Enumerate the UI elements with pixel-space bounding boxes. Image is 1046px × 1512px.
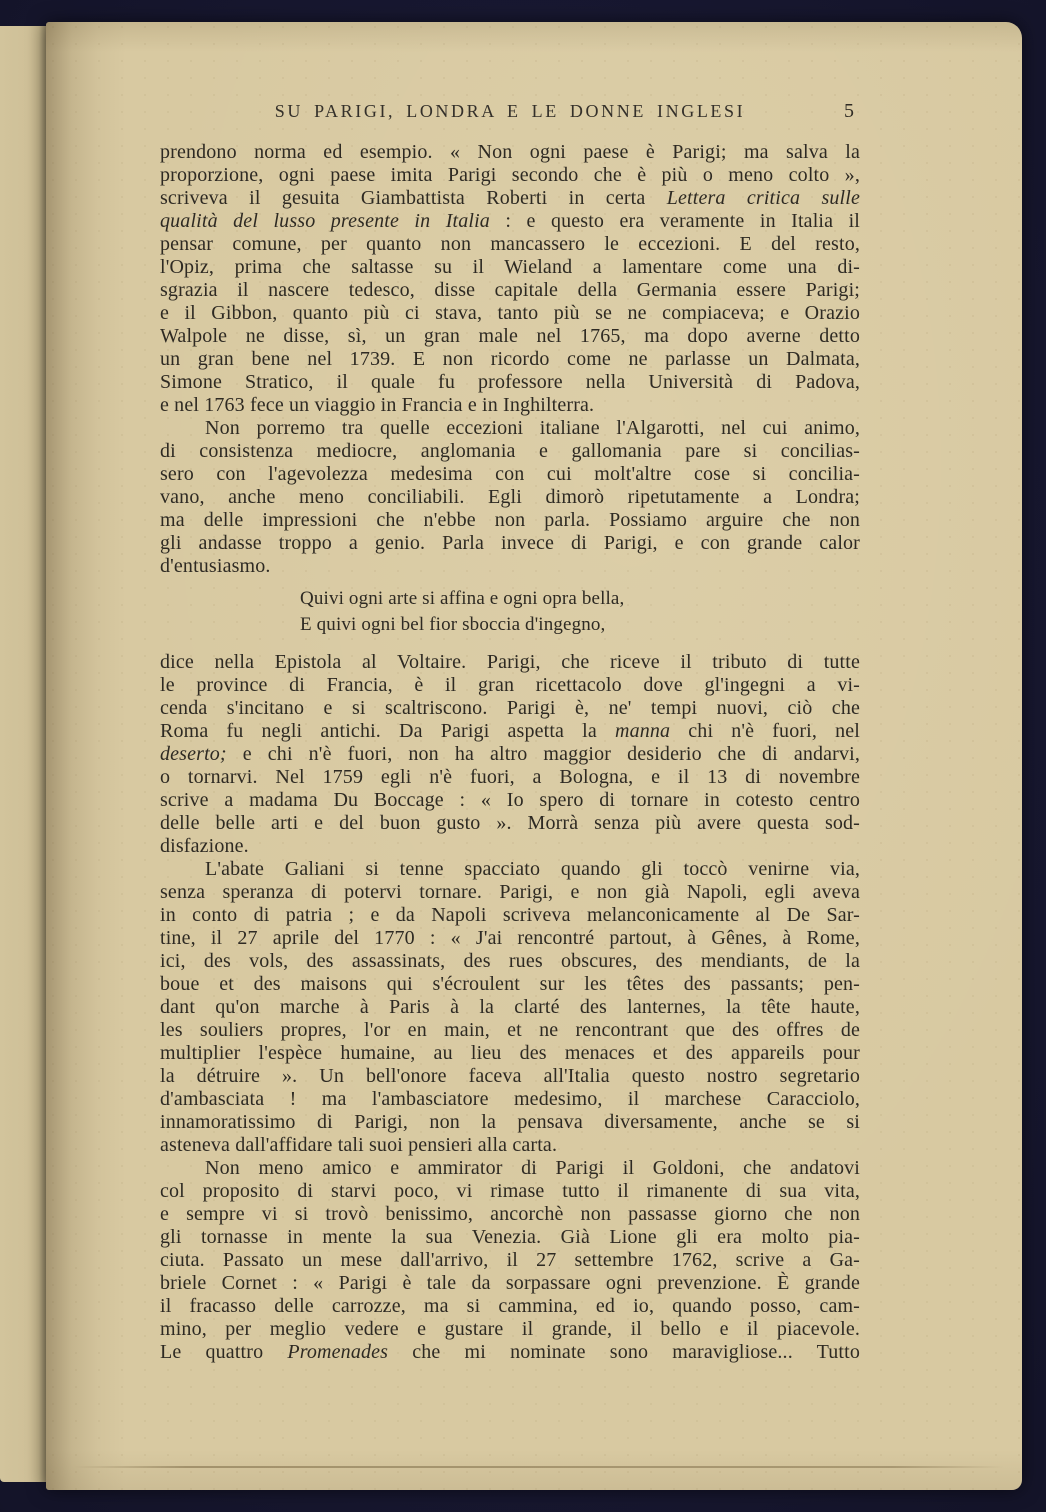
gutter-shadow: [46, 22, 126, 1490]
text-line: ma delle impressioni che n'ebbe non parl…: [160, 509, 860, 532]
text-line: o tornarvi. Nel 1759 egli n'è fuori, a B…: [160, 766, 860, 789]
verse-block: Quivi ogni arte si affina e ogni opra be…: [300, 586, 860, 638]
text-line: cenda s'incitano e si scaltriscono. Pari…: [160, 697, 860, 720]
page-header: SU PARIGI, LONDRA E LE DONNE INGLESI 5: [160, 101, 860, 129]
text-line: pensar comune, per quanto non mancassero…: [160, 233, 860, 256]
text-line: asteneva dall'affidare tali suoi pensier…: [160, 1134, 860, 1157]
text-line: L'abate Galiani si tenne spacciato quand…: [160, 858, 860, 881]
text-line: il fracasso delle carrozze, ma si cammin…: [160, 1295, 860, 1318]
text-line: le province di Francia, è il gran ricett…: [160, 674, 860, 697]
text-line: disfazione.: [160, 835, 860, 858]
text-line: Non porremo tra quelle eccezioni italian…: [160, 417, 860, 440]
text-line: col proposito di starvi poco, vi rimase …: [160, 1180, 860, 1203]
text-line: Quivi ogni arte si affina e ogni opra be…: [300, 586, 860, 612]
text-line: scrive a madama Du Boccage : « Io spero …: [160, 789, 860, 812]
text-line: d'ambasciata ! ma l'ambasciatore medesim…: [160, 1088, 860, 1111]
text-line: tine, il 27 aprile del 1770 : « J'ai ren…: [160, 927, 860, 950]
text-line: in conto di patria ; e da Napoli scrivev…: [160, 904, 860, 927]
paragraph: prendono norma ed esempio. « Non ogni pa…: [160, 141, 860, 417]
text-line: proporzione, ogni paese imita Parigi sec…: [160, 164, 860, 187]
page-number: 5: [844, 100, 854, 123]
text-line: la détruire ». Un bell'onore faceva all'…: [160, 1065, 860, 1088]
text-line: vano, anche meno conciliabili. Egli dimo…: [160, 486, 860, 509]
text-line: d'entusiasmo.: [160, 555, 860, 578]
book-photo: SU PARIGI, LONDRA E LE DONNE INGLESI 5 p…: [0, 0, 1046, 1512]
text-line: ici, des vols, des assassinats, des rues…: [160, 950, 860, 973]
running-title: SU PARIGI, LONDRA E LE DONNE INGLESI: [160, 101, 860, 122]
text-line: ciuta. Passato un mese dall'arrivo, il 2…: [160, 1249, 860, 1272]
text-line: e nel 1763 fece un viaggio in Francia e …: [160, 394, 860, 417]
text-line: di consistenza mediocre, anglomania e ga…: [160, 440, 860, 463]
paragraph: dice nella Epistola al Voltaire. Parigi,…: [160, 651, 860, 858]
text-line: sero con l'agevolezza medesima con cui m…: [160, 463, 860, 486]
text-line: E quivi ogni bel fior sboccia d'ingegno,: [300, 612, 860, 638]
paragraph: L'abate Galiani si tenne spacciato quand…: [160, 858, 860, 1157]
text-line: senza speranza di potervi tornare. Parig…: [160, 881, 860, 904]
text-line: l'Opiz, prima che saltasse su il Wieland…: [160, 256, 860, 279]
text-line: boue et des maisons qui s'écroulent sur …: [160, 973, 860, 996]
bottom-crease: [74, 1466, 1004, 1468]
text-line: gli andasse troppo a genio. Parla invece…: [160, 532, 860, 555]
text-line: gli tornasse in mente la sua Venezia. Gi…: [160, 1226, 860, 1249]
text-line: deserto; e chi n'è fuori, non ha altro m…: [160, 743, 860, 766]
text-body: prendono norma ed esempio. « Non ogni pa…: [160, 141, 860, 1364]
text-line: multiplier l'espèce humaine, au lieu des…: [160, 1042, 860, 1065]
text-line: mino, per meglio vedere e gustare il gra…: [160, 1318, 860, 1341]
text-line: briele Cornet : « Parigi è tale da sorpa…: [160, 1272, 860, 1295]
text-line: delle belle arti e del buon gusto ». Mor…: [160, 812, 860, 835]
text-line: e sempre vi si trovò benissimo, ancorchè…: [160, 1203, 860, 1226]
text-line: un gran bene nel 1739. E non ricordo com…: [160, 348, 860, 371]
text-line: innamoratissimo di Parigi, non la pensav…: [160, 1111, 860, 1134]
text-line: les souliers propres, l'or en main, et n…: [160, 1019, 860, 1042]
text-line: Le quattro Promenades che mi nominate so…: [160, 1341, 860, 1364]
book-page: SU PARIGI, LONDRA E LE DONNE INGLESI 5 p…: [46, 22, 1022, 1490]
text-line: Non meno amico e ammirator di Parigi il …: [160, 1157, 860, 1180]
text-line: sgrazia il nascere tedesco, disse capita…: [160, 279, 860, 302]
paragraph: Non porremo tra quelle eccezioni italian…: [160, 417, 860, 578]
text-line: qualità del lusso presente in Italia : e…: [160, 210, 860, 233]
text-line: Simone Stratico, il quale fu professore …: [160, 371, 860, 394]
text-line: prendono norma ed esempio. « Non ogni pa…: [160, 141, 860, 164]
text-line: Roma fu negli antichi. Da Parigi aspetta…: [160, 720, 860, 743]
text-line: scriveva il gesuita Giambattista Roberti…: [160, 187, 860, 210]
text-line: e il Gibbon, quanto più ci stava, tanto …: [160, 302, 860, 325]
text-line: dant qu'on marche à Paris à la clarté de…: [160, 996, 860, 1019]
text-line: dice nella Epistola al Voltaire. Parigi,…: [160, 651, 860, 674]
paragraph: Non meno amico e ammirator di Parigi il …: [160, 1157, 860, 1364]
left-page-edge: [0, 26, 50, 1482]
text-line: Walpole ne disse, sì, un gran male nel 1…: [160, 325, 860, 348]
